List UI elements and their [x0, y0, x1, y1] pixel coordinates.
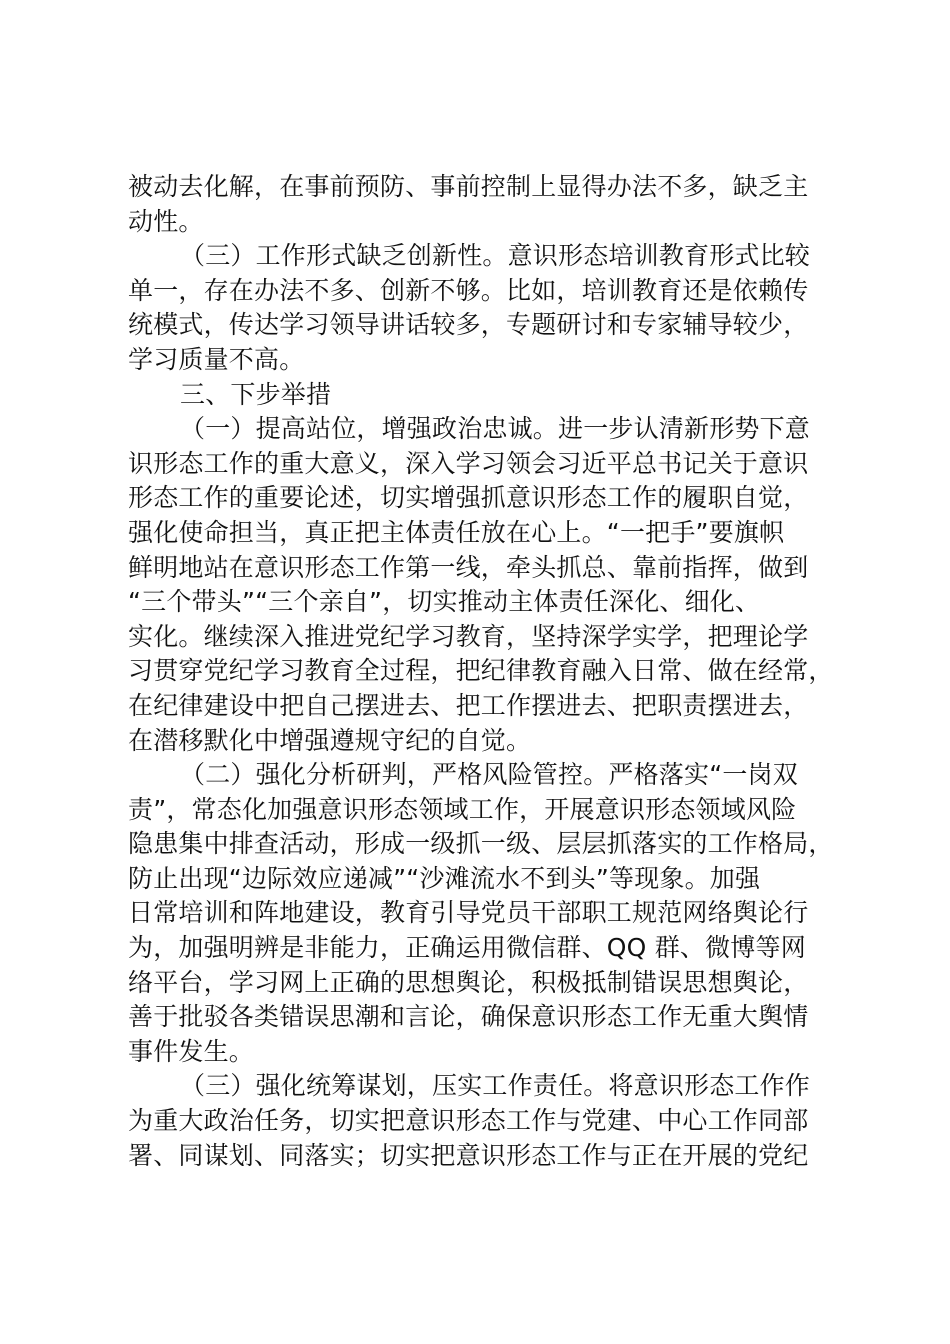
text-line: 动性。: [128, 205, 858, 240]
text-line: 强化使命担当，真正把主体责任放在心上。“一把手”要旗帜: [128, 516, 858, 551]
text-line: 统模式，传达学习领导讲话较多，专题研讨和专家辅导较少，: [128, 308, 858, 343]
text-line: 日常培训和阵地建设，教育引导党员干部职工规范网络舆论行: [128, 896, 858, 931]
section-heading-3-planning: （三）强化统筹谋划，压实工作责任。将意识形态工作作: [128, 1069, 858, 1104]
section-title-next-steps: 三、下步举措: [128, 378, 858, 413]
section-heading-1-position: （一）提高站位，增强政治忠诚。进一步认清新形势下意: [128, 412, 858, 447]
document-page: 被动去化解，在事前预防、事前控制上显得办法不多，缺乏主 动性。 （三）工作形式缺…: [0, 0, 950, 1344]
text-line: 善于批驳各类错误思潮和言论，确保意识形态工作无重大舆情: [128, 1000, 858, 1035]
section-heading-2-risk: （二）强化分析研判，严格风险管控。严格落实“一岗双: [128, 758, 858, 793]
text-line: 隐患集中排查活动，形成一级抓一级、层层抓落实的工作格局，: [128, 827, 858, 862]
section-heading-3-innovation: （三）工作形式缺乏创新性。意识形态培训教育形式比较: [128, 239, 858, 274]
text-line: 责”，常态化加强意识形态领域工作，开展意识形态领域风险: [128, 793, 858, 828]
text-line: 被动去化解，在事前预防、事前控制上显得办法不多，缺乏主: [128, 170, 858, 205]
text-line: 习贯穿党纪学习教育全过程，把纪律教育融入日常、做在经常，: [128, 654, 858, 689]
text-line: 学习质量不高。: [128, 343, 858, 378]
text-line: 事件发生。: [128, 1035, 858, 1070]
text-line: 为重大政治任务，切实把意识形态工作与党建、中心工作同部: [128, 1104, 858, 1139]
text-line: 识形态工作的重大意义，深入学习领会习近平总书记关于意识: [128, 447, 858, 482]
text-line: 形态工作的重要论述，切实增强抓意识形态工作的履职自觉，: [128, 481, 858, 516]
document-body: 被动去化解，在事前预防、事前控制上显得办法不多，缺乏主 动性。 （三）工作形式缺…: [128, 170, 858, 1173]
text-line: 署、同谋划、同落实；切实把意识形态工作与正在开展的党纪: [128, 1139, 858, 1174]
text-line: 在潜移默化中增强遵规守纪的自觉。: [128, 724, 858, 759]
text-line: 防止出现“边际效应递减”“沙滩流水不到头”等现象。加强: [128, 862, 858, 897]
text-line: 为，加强明辨是非能力，正确运用微信群、QQ 群、微博等网: [128, 931, 858, 966]
text-line: 在纪律建设中把自己摆进去、把工作摆进去、把职责摆进去，: [128, 689, 858, 724]
text-line: 鲜明地站在意识形态工作第一线，牵头抓总、靠前指挥，做到: [128, 551, 858, 586]
text-line: 单一，存在办法不多、创新不够。比如，培训教育还是依赖传: [128, 274, 858, 309]
text-line: 络平台，学习网上正确的思想舆论，积极抵制错误思想舆论，: [128, 966, 858, 1001]
text-line: 实化。继续深入推进党纪学习教育，坚持深学实学，把理论学: [128, 620, 858, 655]
text-line: “三个带头”“三个亲自”，切实推动主体责任深化、细化、: [128, 585, 858, 620]
